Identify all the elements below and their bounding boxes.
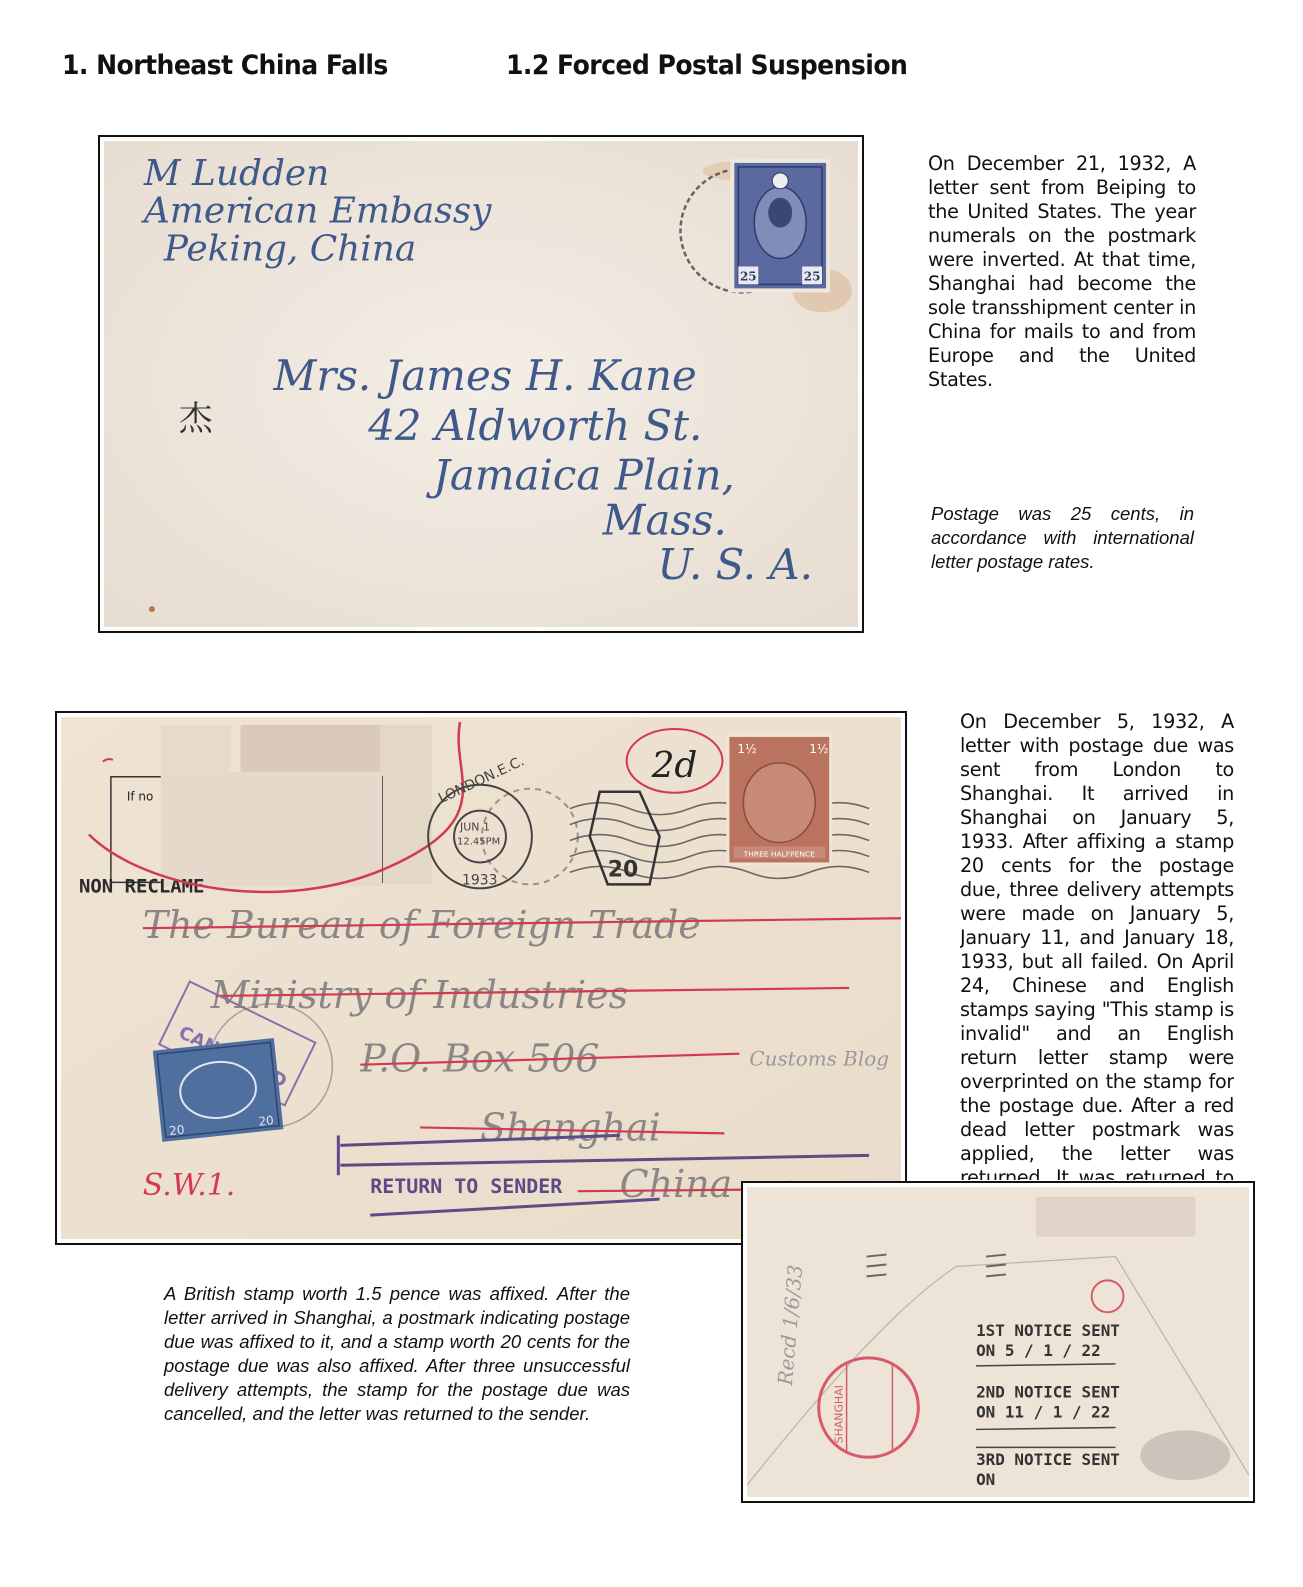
svg-text:2d: 2d [651,745,698,786]
svg-text:25: 25 [804,269,821,283]
svg-text:JUN 1: JUN 1 [459,821,490,834]
svg-text:American Embassy: American Embassy [141,191,492,232]
svg-text:Mrs. James H. Kane: Mrs. James H. Kane [273,351,697,400]
svg-text:2ND NOTICE SENT: 2ND NOTICE SENT [976,1383,1120,1402]
svg-text:42 Aldworth St.: 42 Aldworth St. [367,401,702,450]
cover-image-london-to-shanghai-front: If no NON RECLAME JUN 1 12.45PM 1933 LON… [55,711,907,1245]
svg-text:Mass.: Mass. [602,495,727,544]
stamp-25-cents: 25 25 [730,159,830,292]
exhibit-1-postage-note: Postage was 25 cents, in accordance with… [931,502,1194,574]
svg-text:S.W.1.: S.W.1. [143,1168,236,1203]
svg-text:Shanghai: Shanghai [480,1105,661,1149]
svg-text:NON RECLAME: NON RECLAME [79,875,205,897]
svg-text:Jamaica Plain,: Jamaica Plain, [425,451,735,500]
envelope-back-photo: Recd 1/6/33 SHANGHAI 1ST NOTICE SENT ON … [747,1187,1249,1497]
envelope-front-photo: If no NON RECLAME JUN 1 12.45PM 1933 LON… [61,717,901,1239]
postage-due-stamp-20-cents: 20 20 [153,1038,284,1142]
svg-text:ON 5 / 1 / 22: ON 5 / 1 / 22 [976,1341,1101,1360]
exhibit-2-description: On December 5, 1932, A letter with posta… [960,710,1234,1180]
svg-text:12.45PM: 12.45PM [457,837,500,848]
svg-text:THREE HALFPENCE: THREE HALFPENCE [743,849,815,858]
cover-image-beiping-to-usa: 25 25 M Ludden American Embassy Peking, … [98,135,864,633]
svg-text:25: 25 [740,269,757,283]
svg-text:U. S. A.: U. S. A. [658,540,813,589]
svg-text:1933: 1933 [462,872,498,888]
envelope-photo: 25 25 M Ludden American Embassy Peking, … [104,141,858,627]
svg-text:杰: 杰 [179,399,214,438]
svg-text:20: 20 [608,857,639,882]
svg-text:3RD NOTICE SENT: 3RD NOTICE SENT [976,1450,1120,1469]
exhibit-2-stamp-note: A British stamp worth 1.5 pence was affi… [164,1282,630,1426]
svg-text:1½: 1½ [737,742,756,756]
svg-text:M Ludden: M Ludden [143,153,329,194]
svg-text:1½: 1½ [809,742,828,756]
svg-text:ON 11 / 1 / 22: ON 11 / 1 / 22 [976,1403,1110,1422]
exhibit-1-description: On December 21, 1932, A letter sent from… [928,152,1196,392]
section-title: 1.2 Forced Postal Suspension [506,50,907,81]
svg-text:20: 20 [258,1113,275,1129]
cover-image-london-to-shanghai-back: Recd 1/6/33 SHANGHAI 1ST NOTICE SENT ON … [741,1181,1255,1503]
svg-text:1ST NOTICE SENT: 1ST NOTICE SENT [976,1321,1120,1340]
svg-text:SHANGHAI: SHANGHAI [833,1385,846,1443]
svg-text:Customs Blog: Customs Blog [749,1048,889,1071]
svg-text:Peking, China: Peking, China [163,229,416,270]
chapter-title: 1. Northeast China Falls [62,50,388,81]
british-stamp-three-halfpence: THREE HALFPENCE 1½ 1½ [726,734,832,865]
svg-text:RETURN TO SENDER: RETURN TO SENDER [370,1175,562,1198]
svg-text:If no: If no [127,790,153,804]
svg-text:20: 20 [169,1123,186,1139]
svg-text:ON: ON [976,1470,995,1489]
